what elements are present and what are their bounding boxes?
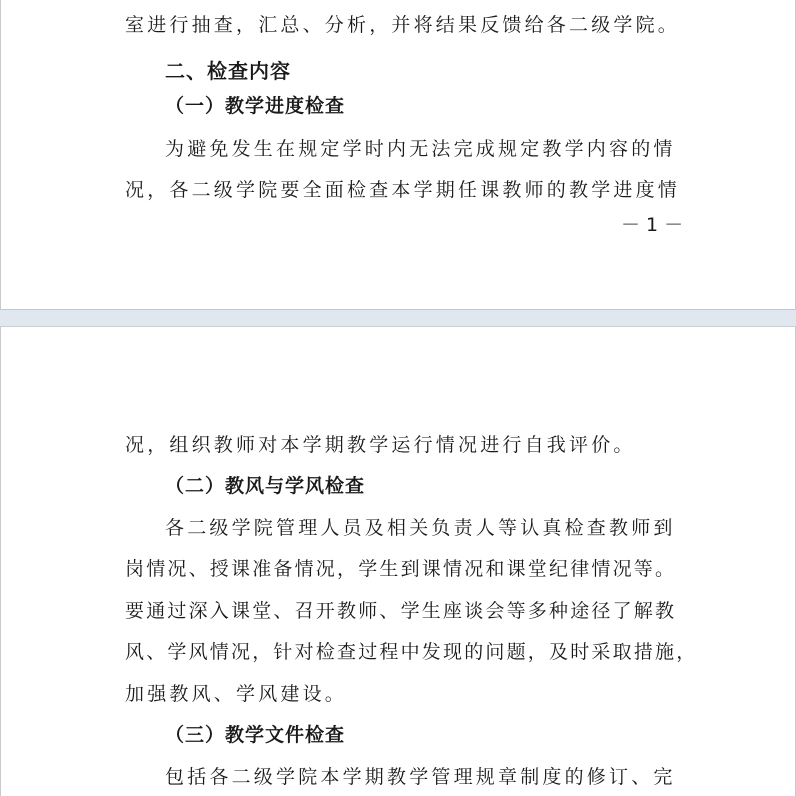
paragraph-line: 加强教风、学风建设。 [125, 683, 677, 705]
subsection-heading: （一）教学进度检查 [165, 95, 717, 117]
page-number: －1－ [621, 210, 689, 237]
paragraph-line: 为避免发生在规定学时内无法完成规定教学内容的情 [165, 138, 717, 160]
document-page-2: 况，组织教师对本学期教学运行情况进行自我评价。 （二）教风与学风检查 各二级学院… [0, 326, 796, 796]
paragraph-line: 要通过深入课堂、召开教师、学生座谈会等多种途径了解教 [125, 600, 677, 622]
paragraph-line: 况，各二级学院要全面检查本学期任课教师的教学进度情 [125, 179, 677, 201]
paragraph-line: 包括各二级学院本学期教学管理规章制度的修订、完 [165, 766, 717, 788]
section-heading: 二、检查内容 [165, 60, 717, 82]
subsection-heading: （三）教学文件检查 [165, 724, 717, 746]
document-page-1: 室进行抽查，汇总、分析，并将结果反馈给各二级学院。 二、检查内容 （一）教学进度… [0, 0, 796, 310]
paragraph-line: 各二级学院管理人员及相关负责人等认真检查教师到 [165, 517, 717, 539]
paragraph-line: 况，组织教师对本学期教学运行情况进行自我评价。 [125, 434, 677, 456]
paragraph-line: 岗情况、授课准备情况，学生到课情况和课堂纪律情况等。 [125, 558, 677, 580]
paragraph-line: 室进行抽查，汇总、分析，并将结果反馈给各二级学院。 [125, 14, 677, 36]
subsection-heading: （二）教风与学风检查 [165, 475, 717, 497]
paragraph-line: 风、学风情况，针对检查过程中发现的问题，及时采取措施， [125, 641, 677, 663]
